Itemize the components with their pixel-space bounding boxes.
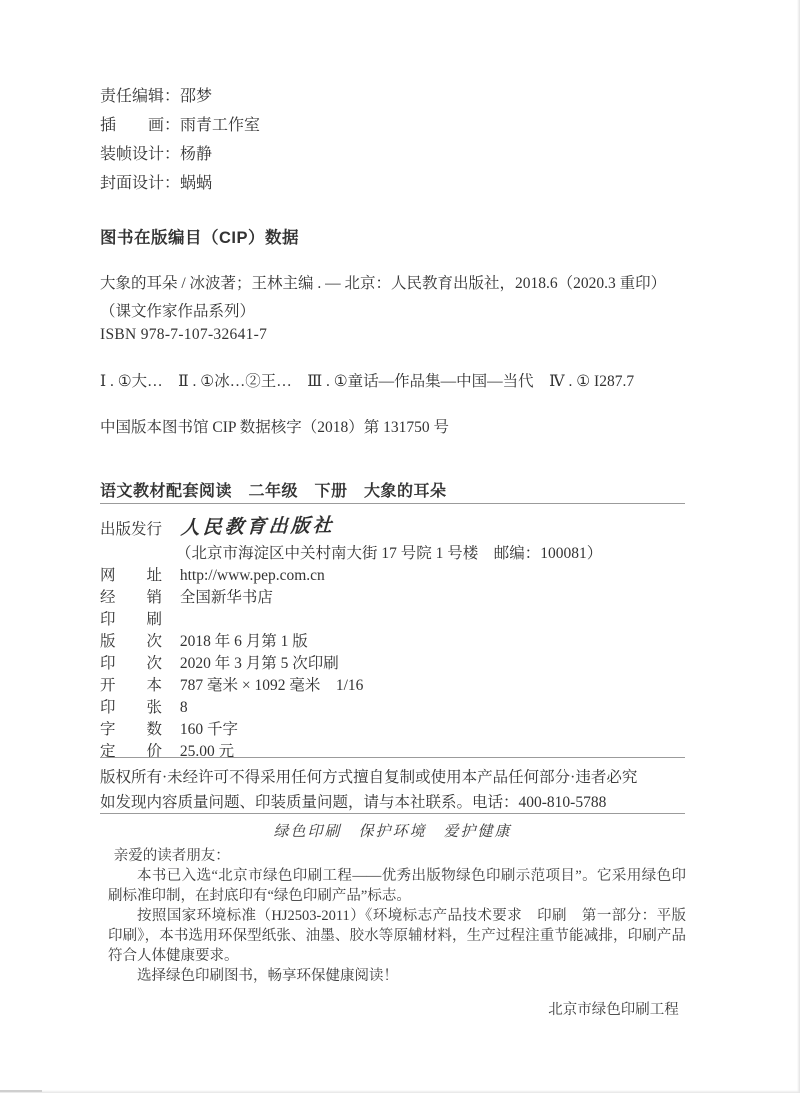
pub-row-website: 网 址 http://www.pep.com.cn [100, 565, 602, 587]
credit-line-editor: 责任编辑：邵梦 [100, 82, 260, 111]
pub-value: 787 毫米 × 1092 毫米 1/16 [180, 675, 364, 697]
pub-value: 160 千字 [180, 719, 238, 741]
letter-signature: 北京市绿色印刷工程 [108, 1000, 686, 1020]
pub-label: 印 张 [100, 697, 176, 719]
pub-value: 2018 年 6 月第 1 版 [180, 631, 308, 653]
copyright-notice-line2: 如发现内容质量问题、印装质量问题，请与本社联系。电话：400-810-5788 [100, 790, 606, 812]
cip-record-number: 中国版本图书馆 CIP 数据核字（2018）第 131750 号 [100, 415, 449, 437]
copyright-notice-line1: 版权所有·未经许可不得采用任何方式擅自复制或使用本产品任何部分·违者必究 [100, 765, 637, 787]
pub-label: 印 次 [100, 653, 176, 675]
pub-label: 字 数 [100, 719, 176, 741]
publication-info: 出版发行 人民教育出版社 （北京市海淀区中关村南大街 17 号院 1 号楼 邮编… [100, 515, 602, 763]
publisher-logo: 人民教育出版社 [180, 512, 335, 542]
isbn: ISBN 978-7-107-32641-7 [100, 326, 267, 344]
credit-line-binding-design: 装帧设计：杨静 [100, 140, 260, 169]
publisher-row: 出版发行 人民教育出版社 [100, 515, 602, 543]
pub-row-sheets: 印 张 8 [100, 697, 602, 719]
cip-series: （课文作家作品系列） [100, 299, 255, 321]
cip-record: 大象的耳朵 / 冰波著；王林主编 . — 北京：人民教育出版社，2018.6（2… [100, 271, 666, 293]
pub-row-price: 定 价 25.00 元 [100, 741, 602, 763]
scan-artifact-corner [0, 1090, 42, 1092]
credit-line-illustration: 插 画：雨青工作室 [100, 111, 260, 140]
publisher-address-row: （北京市海淀区中关村南大街 17 号院 1 号楼 邮编：100081） [100, 543, 602, 565]
letter-salutation: 亲爱的读者朋友： [108, 846, 686, 866]
pub-label: 版 次 [100, 631, 176, 653]
cip-heading: 图书在版编目（CIP）数据 [100, 224, 299, 248]
cip-classification: Ⅰ . ①大… Ⅱ . ①冰…②王… Ⅲ . ①童话—作品集—中国—当代 Ⅳ .… [100, 369, 634, 391]
pub-value: 全国新华书店 [180, 587, 273, 609]
pub-row-impression: 印 次 2020 年 3 月第 5 次印刷 [100, 653, 602, 675]
reader-letter: 亲爱的读者朋友： 本书已入选“北京市绿色印刷工程——优秀出版物绿色印刷示范项目”… [108, 846, 686, 1020]
website-url: http://www.pep.com.cn [180, 565, 325, 587]
pub-row-wordcount: 字 数 160 千字 [100, 719, 602, 741]
green-print-slogan: 绿色印刷 保护环境 爱护健康 [100, 820, 685, 841]
letter-paragraph-2: 按照国家环境标准（HJ2503-2011）《环境标志产品技术要求 印刷 第一部分… [108, 906, 686, 966]
pub-value: 25.00 元 [180, 741, 234, 763]
pub-row-printing: 印 刷 [100, 609, 602, 631]
pub-label: 网 址 [100, 565, 176, 587]
pub-row-edition: 版 次 2018 年 6 月第 1 版 [100, 631, 602, 653]
publisher-address: （北京市海淀区中关村南大街 17 号院 1 号楼 邮编：100081） [176, 543, 602, 565]
staff-credits: 责任编辑：邵梦 插 画：雨青工作室 装帧设计：杨静 封面设计：蜗蜗 [100, 82, 260, 198]
publisher-label: 出版发行 [100, 516, 176, 543]
pub-row-format: 开 本 787 毫米 × 1092 毫米 1/16 [100, 675, 602, 697]
divider-bottom [100, 813, 685, 814]
letter-paragraph-1: 本书已入选“北京市绿色印刷工程——优秀出版物绿色印刷示范项目”。它采用绿色印刷标… [108, 866, 686, 906]
pub-label: 经 销 [100, 587, 176, 609]
credit-line-cover-design: 封面设计：蜗蜗 [100, 169, 260, 198]
pub-label: 开 本 [100, 675, 176, 697]
pub-value: 8 [180, 697, 188, 719]
pub-label: 印 刷 [100, 609, 176, 631]
divider-middle [100, 757, 685, 758]
letter-paragraph-3: 选择绿色印刷图书，畅享环保健康阅读！ [108, 966, 686, 986]
pub-value: 2020 年 3 月第 5 次印刷 [180, 653, 339, 675]
series-title-line: 语文教材配套阅读 二年级 下册 大象的耳朵 [100, 478, 447, 501]
divider-top [100, 503, 685, 504]
pub-label: 定 价 [100, 741, 176, 763]
pub-row-distribution: 经 销 全国新华书店 [100, 587, 602, 609]
